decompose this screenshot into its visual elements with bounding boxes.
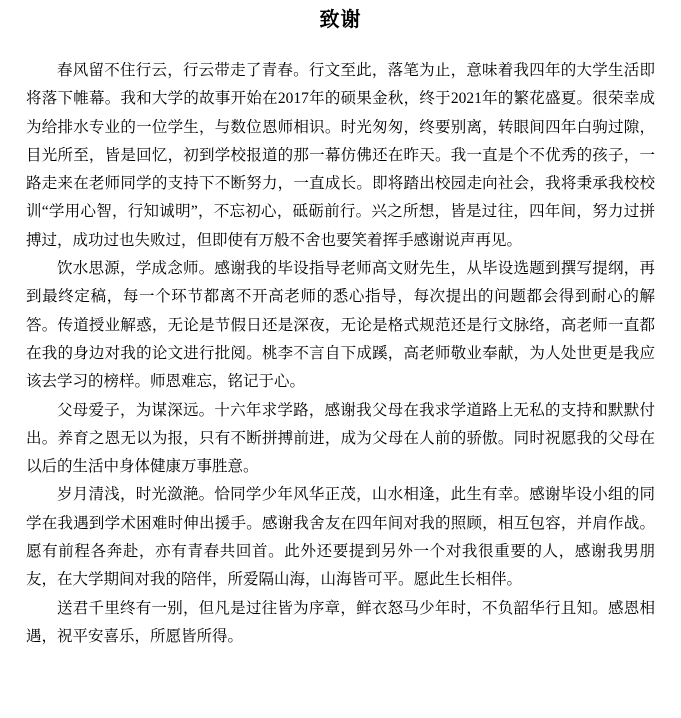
document-page: 致谢 春风留不住行云，行云带走了青春。行文至此，落笔为止，意味着我四年的大学生活… <box>0 0 681 718</box>
paragraph-opening: 春风留不住行云，行云带走了青春。行文至此，落笔为止，意味着我四年的大学生活即将落… <box>26 57 655 255</box>
paragraph-closing: 送君千里终有一别，但凡是过往皆为序章，鲜衣怒马少年时，不负韶华行且知。感恩相遇，… <box>26 595 655 652</box>
paragraph-advisor-thanks: 饮水思源，学成念师。感谢我的毕设指导老师高文财先生，从毕设选题到撰写提纲，再到最… <box>26 255 655 396</box>
paragraph-parents-thanks: 父母爱子，为谋深远。十六年求学路，感谢我父母在我求学道路上无私的支持和默默付出。… <box>26 397 655 482</box>
paragraph-friends-thanks: 岁月清浅，时光潋滟。恰同学少年风华正茂，山水相逢，此生有幸。感谢毕设小组的同学在… <box>26 481 655 594</box>
page-title: 致谢 <box>26 8 655 32</box>
document-body: 春风留不住行云，行云带走了青春。行文至此，落笔为止，意味着我四年的大学生活即将落… <box>26 57 655 651</box>
